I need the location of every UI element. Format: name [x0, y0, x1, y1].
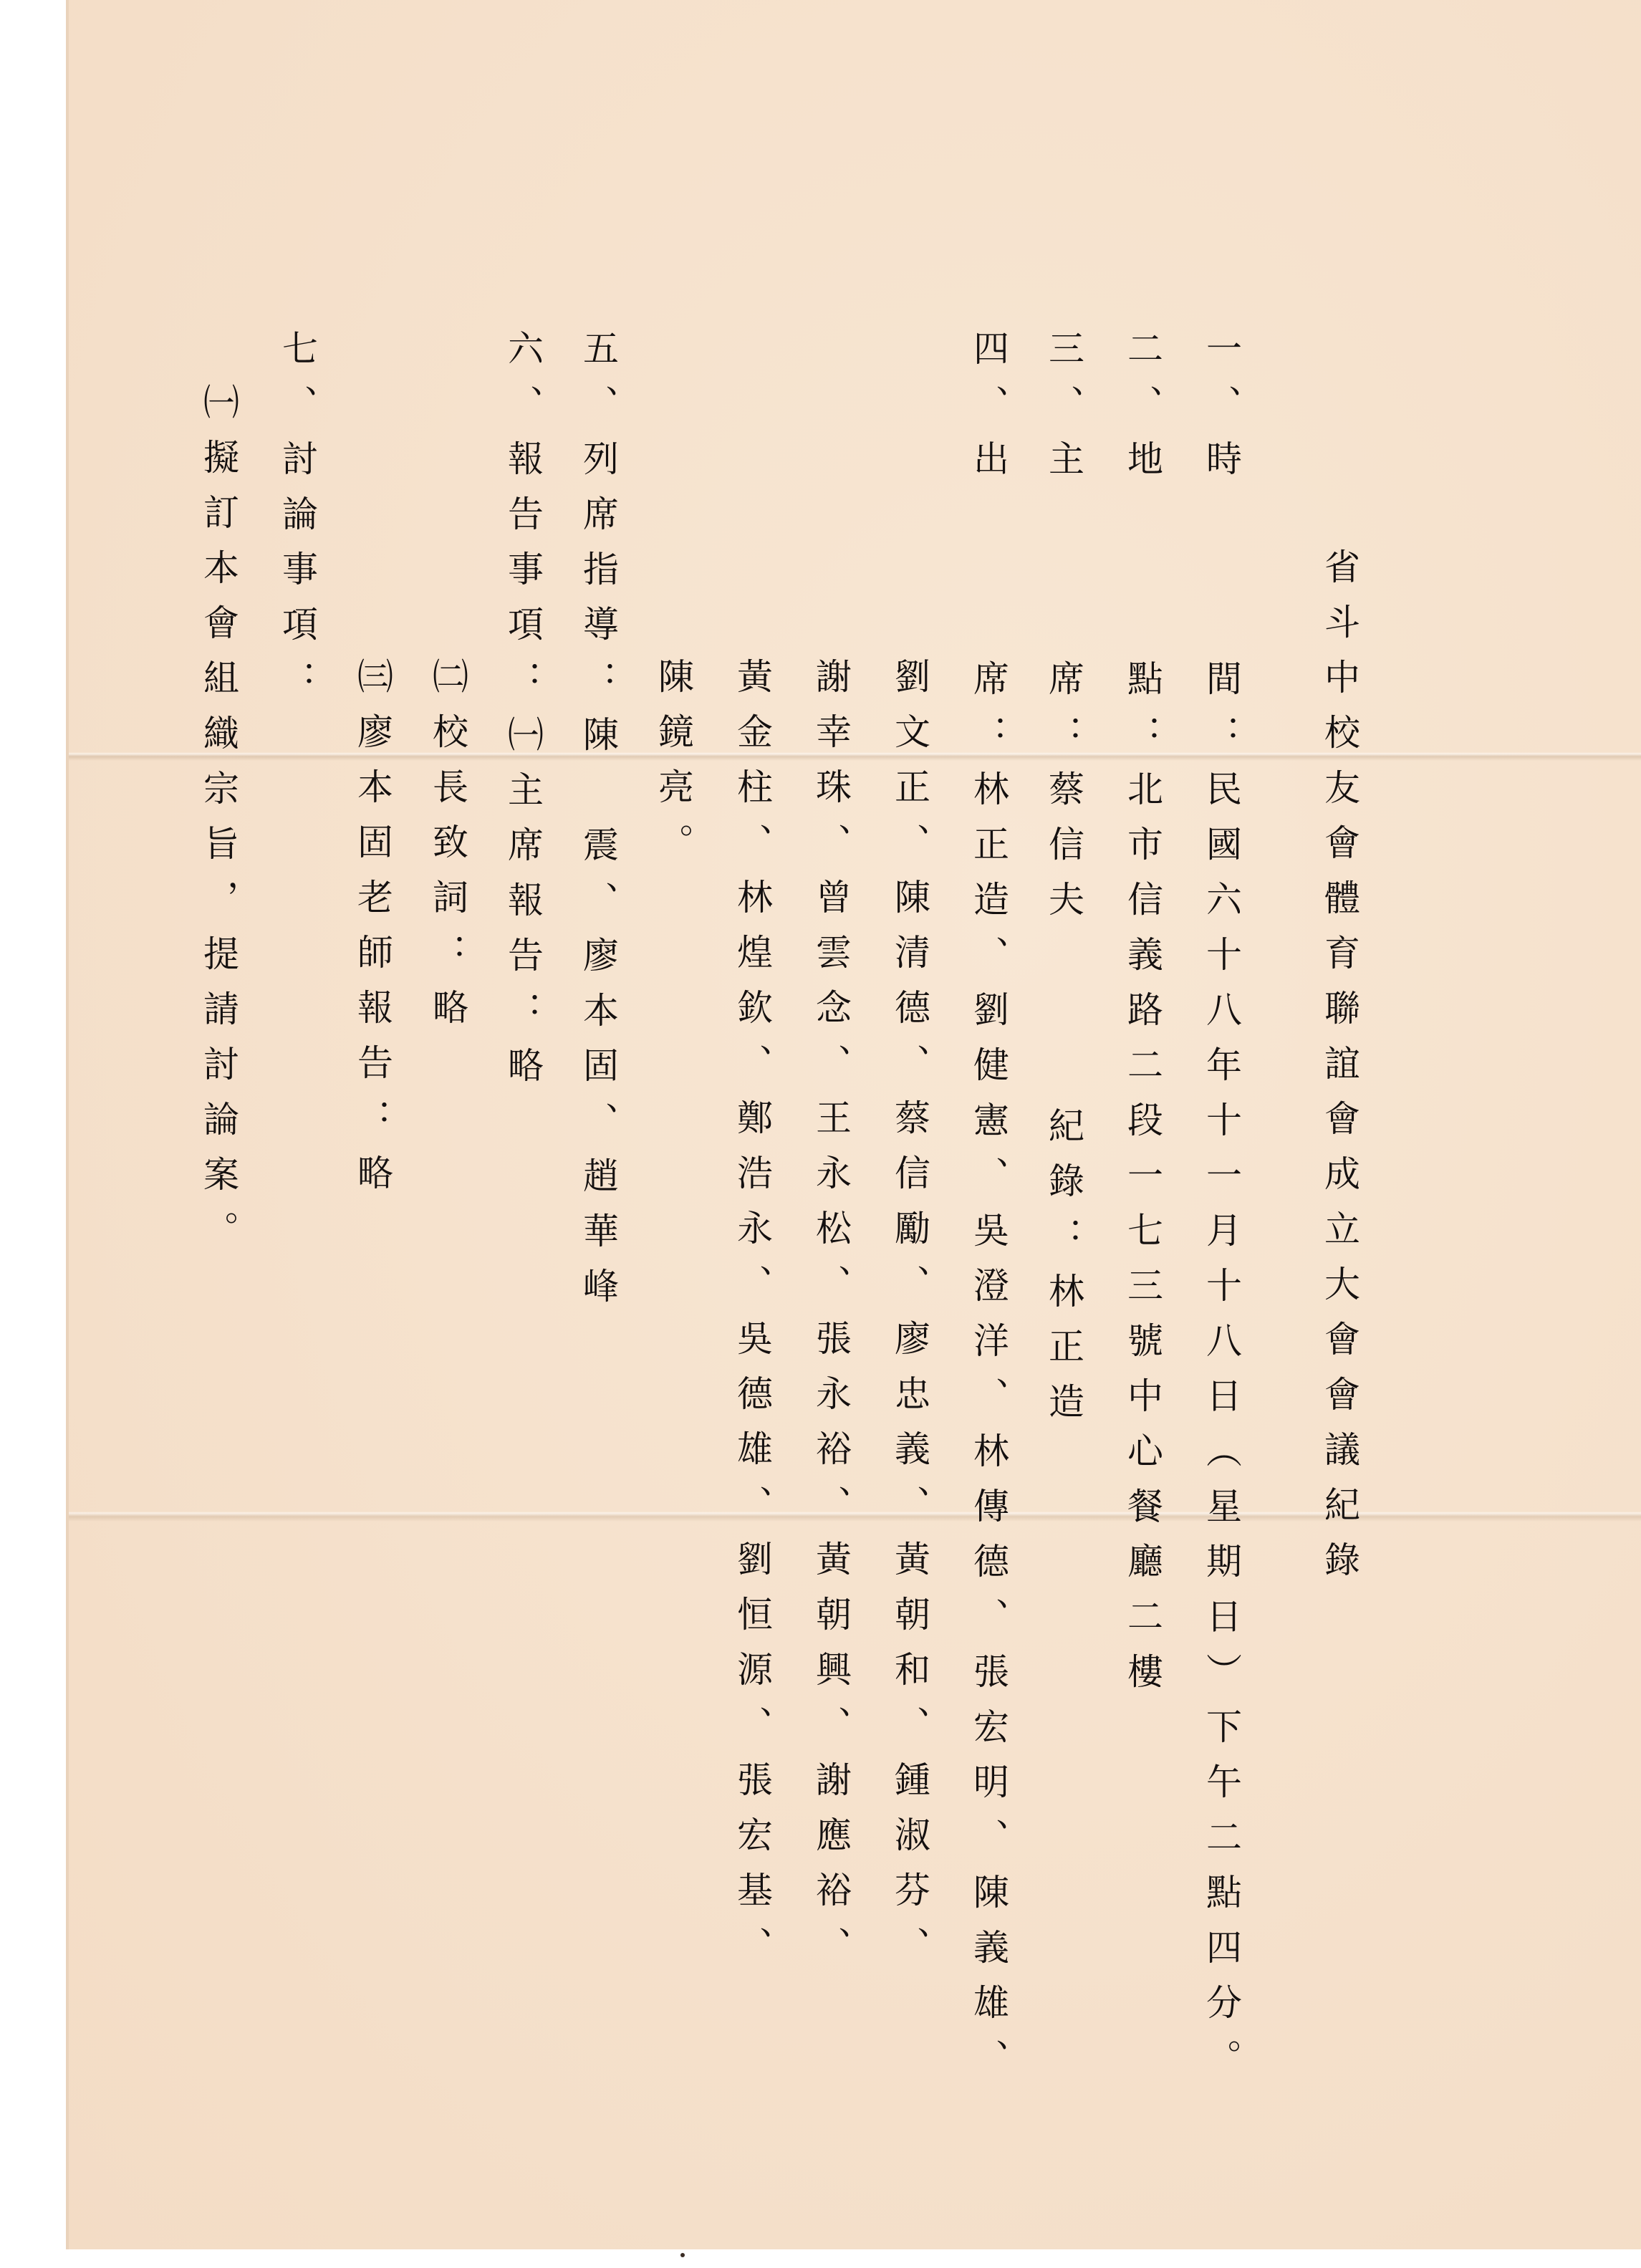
- recorder-label: 紀錄: [1043, 1107, 1084, 1217]
- section-number: 七、: [276, 330, 318, 440]
- section-attendees: 四、出席：林正造、劉健憲、吳澄洋、林傳德、張宏明、陳義雄、: [971, 330, 1006, 2094]
- separator: ：: [577, 660, 619, 716]
- section-number: 四、: [968, 330, 1009, 440]
- section-label-first: 地: [1122, 440, 1163, 495]
- guidance-names: 陳 震、廖本固、趙華峰: [577, 716, 619, 1322]
- attendees-line: 劉文正、陳清德、蔡信勵、廖忠義、黃朝和、鍾淑芬、: [892, 658, 928, 1981]
- section-chair: 三、主席：蔡信夫: [1046, 330, 1082, 936]
- separator: ：: [968, 715, 1009, 770]
- recorder: 紀錄：林正造: [1046, 1107, 1082, 1438]
- section-label: 列席指導: [577, 440, 619, 660]
- attendees-line: 陳鏡亮。: [655, 658, 691, 878]
- attendees-line: 謝幸珠、曾雲念、王永松、張永裕、黃朝興、謝應裕、: [813, 658, 849, 1981]
- discussion-item: ㈠擬訂本會組織宗旨，提請討論案。: [201, 383, 236, 1266]
- section-label-rest: 席: [1043, 660, 1084, 715]
- separator: ：: [1122, 715, 1163, 770]
- document-title: 省斗中校友會體育聯誼會成立大會會議紀錄: [1322, 548, 1357, 1596]
- attendees-line: 林正造、劉健憲、吳澄洋、林傳德、張宏明、陳義雄、: [968, 770, 1009, 2094]
- report-item: ㈠主席報告：略: [502, 716, 544, 1102]
- meeting-place: 北市信義路二段一七三號中心餐廳二樓: [1122, 770, 1163, 1708]
- report-item: ㈡校長致詞：略: [430, 658, 466, 1044]
- section-reports: 六、報告事項：㈠主席報告：略: [505, 330, 541, 1102]
- section-label: 討論事項: [276, 440, 318, 660]
- section-number: 六、: [502, 330, 544, 440]
- section-label-first: 主: [1043, 440, 1084, 495]
- section-label-first: 出: [968, 440, 1009, 495]
- meeting-time: 民國六十八年十一月十八日（星期日）下午二點四分。: [1200, 770, 1242, 2094]
- section-label-rest: 點: [1122, 660, 1163, 715]
- section-time: 一、時間：民國六十八年十一月十八日（星期日）下午二點四分。: [1203, 330, 1239, 2094]
- separator: ：: [1043, 715, 1084, 770]
- separator: ：: [502, 660, 544, 716]
- section-number: 一、: [1200, 330, 1242, 440]
- separator: ：: [276, 660, 318, 716]
- section-number: 三、: [1043, 330, 1084, 440]
- report-item: ㈢廖本固老師報告：略: [355, 658, 390, 1209]
- chair-name: 蔡信夫: [1043, 770, 1084, 936]
- section-number: 五、: [577, 330, 619, 440]
- section-label-rest: 間: [1200, 660, 1242, 715]
- section-guidance: 五、列席指導：陳 震、廖本固、趙華峰: [580, 330, 616, 1322]
- section-label: 報告事項: [502, 440, 544, 660]
- separator: ：: [1043, 1217, 1084, 1272]
- section-number: 二、: [1122, 330, 1163, 440]
- paper-speck: [680, 2253, 685, 2257]
- section-place: 二、地點：北市信義路二段一七三號中心餐廳二樓: [1125, 330, 1160, 1708]
- attendees-line: 黃金柱、林煌欽、鄭浩永、吳德雄、劉恒源、張宏基、: [734, 658, 770, 1981]
- paper-edge: [66, 0, 69, 2249]
- section-discussion: 七、討論事項：: [279, 330, 315, 716]
- recorder-name: 林正造: [1043, 1272, 1084, 1438]
- section-label-first: 時: [1200, 440, 1242, 495]
- separator: ：: [1200, 715, 1242, 770]
- section-label-rest: 席: [968, 660, 1009, 715]
